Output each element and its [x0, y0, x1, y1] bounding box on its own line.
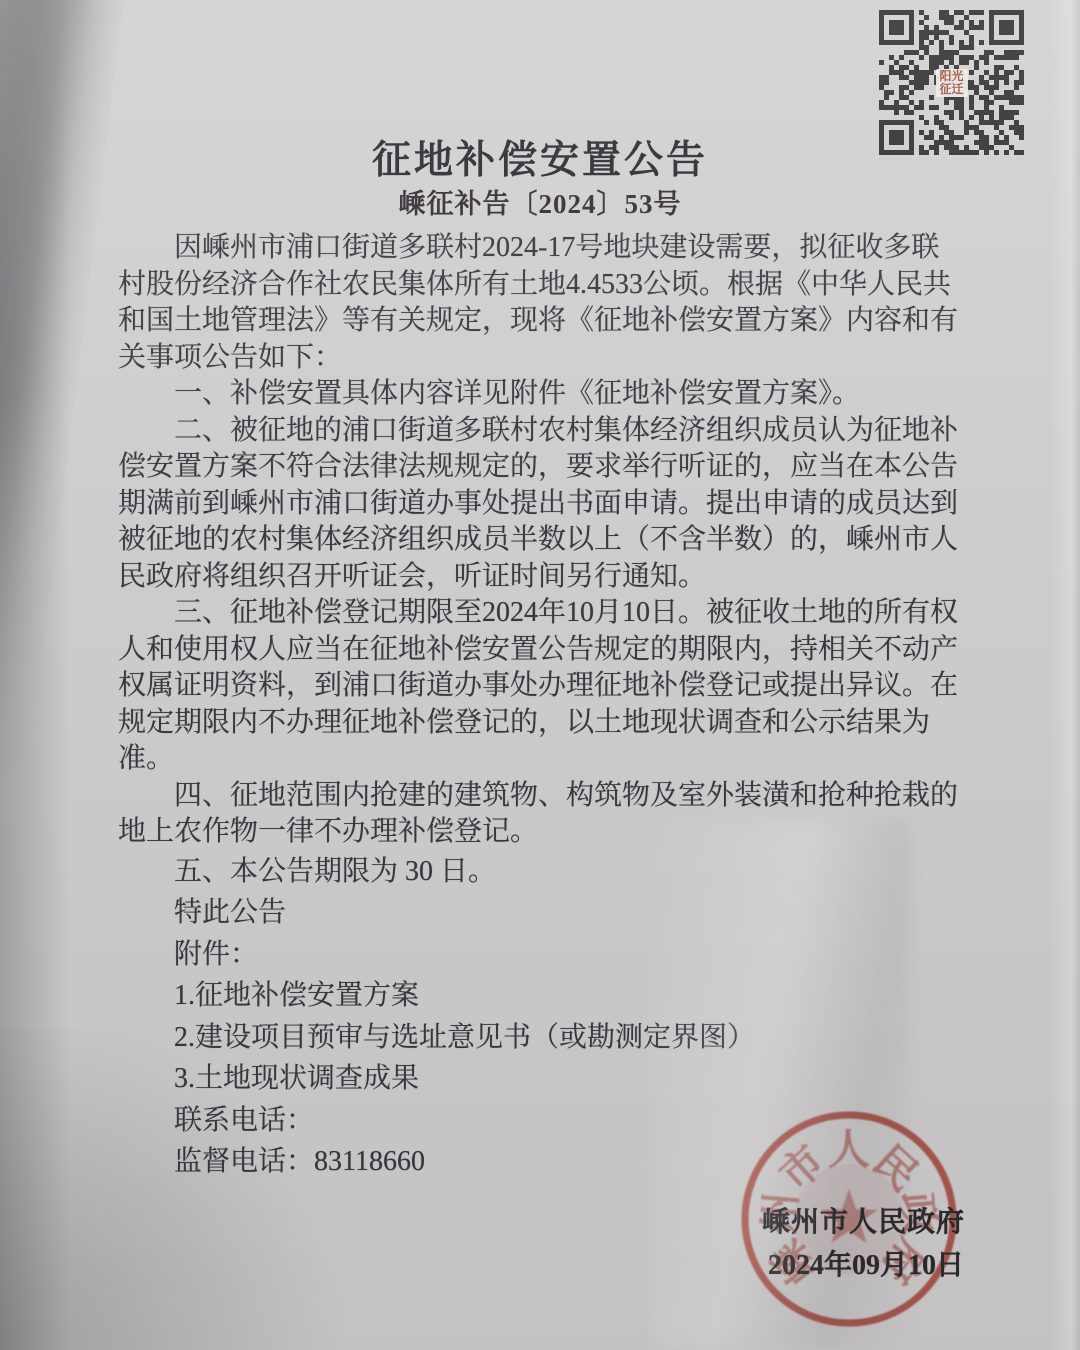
body-line: 偿安置方案不符合法律法规规定的，要求举行听证的，应当在本公告 [118, 449, 988, 486]
qr-center-label: 阳光 征迁 [935, 69, 967, 97]
body-line: 附件： [118, 934, 988, 976]
body-line: 和国土地管理法》等有关规定，现将《征地补偿安置方案》内容和有 [118, 303, 988, 340]
body-line: 3.土地现状调查成果 [118, 1058, 988, 1100]
body-line: 关事项公告如下： [118, 340, 988, 377]
body-line: 民政府将组织召开听证会，听证时间另行通知。 [118, 559, 988, 596]
qr-code: 阳光 征迁 [879, 10, 1024, 155]
body-line: 三、征地补偿登记期限至2024年10月10日。被征收土地的所有权 [118, 595, 988, 632]
fold-shadow [0, 0, 129, 832]
body-line: 2.建设项目预审与选址意见书（或勘测定界图） [118, 1017, 988, 1059]
document-photo: 征地补偿安置公告 嵊征补告〔2024〕53号 因嵊州市浦口街道多联村2024-1… [0, 0, 1080, 1350]
qr-label-line2: 征迁 [939, 83, 963, 96]
body-line: 1.征地补偿安置方案 [118, 975, 988, 1017]
document-body: 因嵊州市浦口街道多联村2024-17号地块建设需要，拟征收多联村股份经济合作社农… [118, 230, 988, 1183]
body-line: 村股份经济合作社农民集体所有土地4.4533公顷。根据《中华人民共 [118, 267, 988, 304]
body-line: 期满前到嵊州市浦口街道办事处提出书面申请。提出申请的成员达到 [118, 486, 988, 523]
body-line: 一、补偿安置具体内容详见附件《征地补偿安置方案》。 [118, 376, 988, 413]
body-line: 准。 [118, 741, 988, 778]
body-line: 被征地的农村集体经济组织成员半数以上（不含半数）的，嵊州市人 [118, 522, 988, 559]
body-line: 二、被征地的浦口街道多联村农村集体经济组织成员认为征地补 [118, 413, 988, 450]
body-line: 四、征地范围内抢建的建筑物、构筑物及室外装潢和抢种抢栽的 [118, 778, 988, 815]
issuer-name: 嵊州市人民政府 [762, 1200, 965, 1240]
body-line: 地上农作物一律不办理补偿登记。 [118, 814, 988, 851]
body-line: 权属证明资料，到浦口街道办事处办理征地补偿登记或提出异议。在 [118, 668, 988, 705]
body-line: 五、本公告期限为 30 日。 [118, 851, 988, 893]
issue-date: 2024年09月10日 [768, 1243, 964, 1283]
body-line: 规定期限内不办理征地补偿登记的，以土地现状调查和公示结果为 [118, 705, 988, 742]
seal-ring-char: 人 [828, 1128, 870, 1174]
document-number: 嵊征补告〔2024〕53号 [0, 182, 1080, 221]
body-line: 特此公告 [118, 892, 988, 934]
body-line: 因嵊州市浦口街道多联村2024-17号地块建设需要，拟征收多联 [118, 230, 988, 267]
body-line: 人和使用权人应当在征地补偿安置公告规定的期限内，持相关不动产 [118, 632, 988, 669]
